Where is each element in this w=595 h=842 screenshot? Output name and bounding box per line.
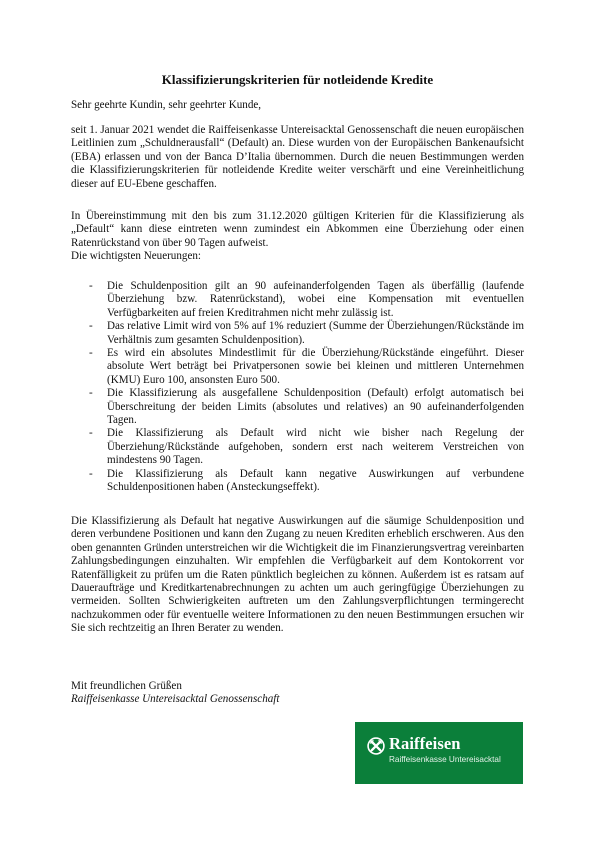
intro-paragraph: seit 1. Januar 2021 wendet die Raiffeise… — [71, 124, 524, 191]
list-item-text: Die Schuldenposition gilt an 90 aufeinan… — [107, 280, 524, 319]
criteria-paragraph: In Übereinstimmung mit den bis zum 31.12… — [71, 210, 524, 264]
list-item-text: Die Klassifizierung als Default kann neg… — [107, 468, 524, 493]
document-title: Klassifizierungskriterien für notleidend… — [71, 72, 524, 88]
sender-name: Raiffeisenkasse Untereisacktal Genossens… — [71, 693, 524, 706]
changes-list: -Die Schuldenposition gilt an 90 aufeina… — [71, 280, 524, 495]
consequences-paragraph: Die Klassifizierung als Default hat nega… — [71, 515, 524, 636]
bullet-dash: - — [89, 427, 93, 440]
bullet-dash: - — [89, 387, 93, 400]
logo-subtitle: Raiffeisenkasse Untereisacktal — [389, 755, 501, 765]
list-item: -Die Klassifizierung als Default wird ni… — [71, 427, 524, 467]
list-item: -Die Klassifizierung als ausgefallene Sc… — [71, 387, 524, 427]
closing-block: Mit freundlichen Grüßen Raiffeisenkasse … — [71, 680, 524, 707]
bullet-dash: - — [89, 280, 93, 293]
list-item-text: Die Klassifizierung als Default wird nic… — [107, 427, 524, 466]
bullet-dash: - — [89, 347, 93, 360]
list-intro: Die wichtigsten Neuerungen: — [71, 250, 201, 262]
list-item: -Es wird ein absolutes Mindestlimit für … — [71, 347, 524, 387]
list-item-text: Es wird ein absolutes Mindestlimit für d… — [107, 347, 524, 386]
list-item: -Die Klassifizierung als Default kann ne… — [71, 468, 524, 495]
list-item-text: Die Klassifizierung als ausgefallene Sch… — [107, 387, 524, 426]
list-item: -Die Schuldenposition gilt an 90 aufeina… — [71, 280, 524, 320]
bullet-dash: - — [89, 320, 93, 333]
salutation: Sehr geehrte Kundin, sehr geehrter Kunde… — [71, 99, 524, 112]
closing-greeting: Mit freundlichen Grüßen — [71, 680, 524, 693]
raiffeisen-logo: Raiffeisen Raiffeisenkasse Untereisackta… — [355, 722, 523, 784]
list-item-text: Das relative Limit wird von 5% auf 1% re… — [107, 320, 524, 345]
logo-brand-name: Raiffeisen — [389, 734, 461, 754]
list-item: -Das relative Limit wird von 5% auf 1% r… — [71, 320, 524, 347]
bullet-dash: - — [89, 468, 93, 481]
criteria-text: In Übereinstimmung mit den bis zum 31.12… — [71, 210, 524, 249]
raiffeisen-gable-cross-icon — [367, 737, 385, 755]
